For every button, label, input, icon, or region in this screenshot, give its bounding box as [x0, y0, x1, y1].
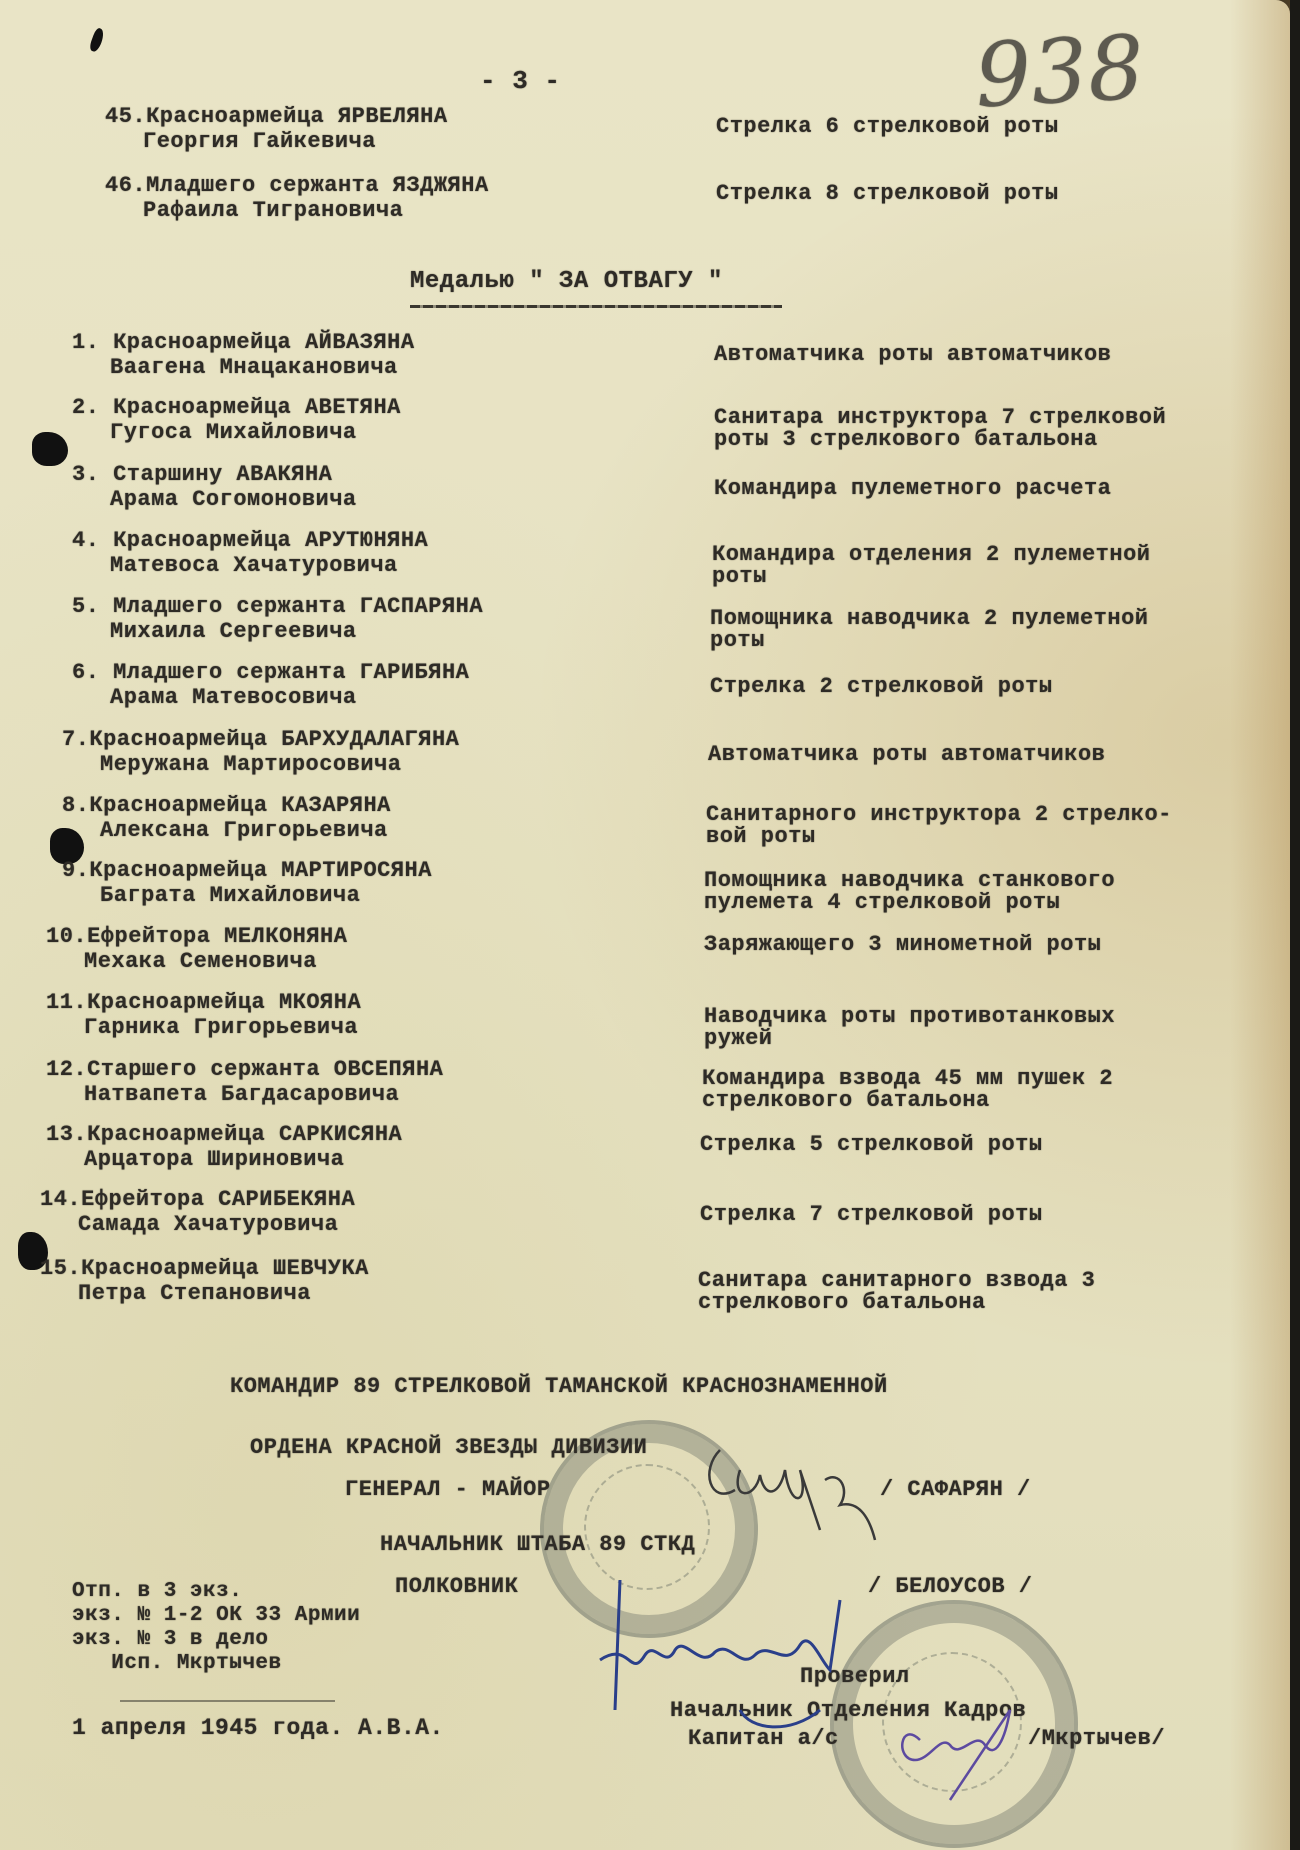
text-fragment: Рафаила Тиграновича — [105, 198, 489, 223]
commander-rank: ГЕНЕРАЛ - МАЙОР — [345, 1477, 551, 1502]
text-fragment: 4. — [72, 528, 99, 553]
text-fragment: 45. — [105, 104, 146, 129]
chief-of-staff-rank: ПОЛКОВНИК — [395, 1574, 518, 1599]
document-date: 1 апреля 1945 года. А.В.А. — [72, 1715, 444, 1741]
text-fragment: Красноармейца ЯРВЕЛЯНА — [146, 104, 447, 129]
entry-2-position: Санитара инструктора 7 стрелковой роты 3… — [714, 407, 1166, 451]
commander-signature — [700, 1410, 920, 1570]
archive-number-handwritten: 938 — [972, 16, 1147, 128]
chief-of-staff-signature — [590, 1560, 880, 1740]
entry-1-name: 1. Красноармейца АЙВАЗЯНА Ваагена Мнацак… — [72, 330, 415, 380]
text-fragment: Арама Согомоновича — [72, 487, 357, 512]
text-fragment: 2. — [72, 395, 99, 420]
text-fragment: Старшину АВАКЯНА — [113, 462, 332, 487]
entry-6-name: 6. Младшего сержанта ГАРИБЯНА Арама Мате… — [72, 660, 469, 710]
text-fragment: Самада Хачатуровича — [40, 1212, 355, 1237]
text-fragment: 7. — [62, 727, 89, 752]
entry-46-position: Стрелка 8 стрелковой роты — [716, 183, 1059, 205]
entry-13-name: 13.Красноармейца САРКИСЯНА Арцатора Шири… — [46, 1122, 402, 1172]
entry-8-position: Санитарного инструктора 2 стрелко- вой р… — [706, 804, 1172, 848]
text-fragment: Алексана Григорьевича — [62, 818, 391, 843]
text-fragment: Петра Степановича — [40, 1281, 369, 1306]
text-fragment: Старшего сержанта ОВСЕПЯНА — [87, 1057, 443, 1082]
text-fragment: 9. — [62, 858, 89, 883]
entry-12-name: 12.Старшего сержанта ОВСЕПЯНА Натвапета … — [46, 1057, 443, 1107]
entry-3-name: 3. Старшину АВАКЯНА Арама Согомоновича — [72, 462, 357, 512]
entry-45-name: 45.Красноармейца ЯРВЕЛЯНА Георгия Гайкев… — [105, 104, 448, 154]
text-fragment: Натвапета Багдасаровича — [46, 1082, 443, 1107]
entry-15-position: Санитара санитарного взвода 3 стрелковог… — [698, 1270, 1095, 1314]
checker-name: /Мкртычев/ — [1028, 1726, 1165, 1751]
entry-5-position: Помощника наводчика 2 пулеметной роты — [710, 608, 1148, 652]
commander-title-line1: КОМАНДИР 89 СТРЕЛКОВОЙ ТАМАНСКОЙ КРАСНОЗ… — [230, 1374, 888, 1399]
text-fragment: Красноармейца МКОЯНА — [87, 990, 361, 1015]
text-fragment: Гарника Григорьевича — [46, 1015, 361, 1040]
text-fragment: 14. — [40, 1187, 81, 1212]
text-fragment: 11. — [46, 990, 87, 1015]
text-fragment: 3. — [72, 462, 99, 487]
heading-underline — [410, 305, 782, 308]
entry-9-name: 9.Красноармейца МАРТИРОСЯНА Баграта Миха… — [62, 858, 432, 908]
entry-15-name: 15.Красноармейца ШЕВЧУКА Петра Степанови… — [40, 1256, 369, 1306]
text-fragment: Меружана Мартиросовича — [62, 752, 459, 777]
text-fragment: Матевоса Хачатуровича — [72, 553, 428, 578]
text-fragment: 6. — [72, 660, 99, 685]
text-fragment: 15. — [40, 1256, 81, 1281]
entry-4-position: Командира отделения 2 пулеметной роты — [712, 544, 1150, 588]
text-fragment: Арцатора Шириновича — [46, 1147, 402, 1172]
page-number: - 3 - — [480, 66, 561, 96]
entry-9-position: Помощника наводчика станкового пулемета … — [704, 870, 1115, 914]
entry-11-position: Наводчика роты противотанковых ружей — [704, 1006, 1115, 1050]
text-fragment: Красноармейца КАЗАРЯНА — [89, 793, 390, 818]
text-fragment: 46. — [105, 173, 146, 198]
text-fragment: Младшего сержанта ЯЗДЖЯНА — [146, 173, 489, 198]
entry-14-position: Стрелка 7 стрелковой роты — [700, 1204, 1043, 1226]
text-fragment: Младшего сержанта ГАРИБЯНА — [113, 660, 469, 685]
text-fragment: Ефрейтора САРИБЕКЯНА — [81, 1187, 355, 1212]
text-fragment: 12. — [46, 1057, 87, 1082]
entry-6-position: Стрелка 2 стрелковой роты — [710, 676, 1053, 698]
ink-blot — [32, 432, 68, 466]
text-fragment: 1. — [72, 330, 99, 355]
notes-rule — [120, 1700, 335, 1702]
entry-12-position: Командира взвода 45 мм пушек 2 стрелково… — [702, 1068, 1113, 1112]
scanned-document-page: - 3 - 938 45.Красноармейца ЯРВЕЛЯНА Геор… — [0, 0, 1290, 1850]
entry-5-name: 5. Младшего сержанта ГАСПАРЯНА Михаила С… — [72, 594, 483, 644]
entry-10-name: 10.Ефрейтора МЕЛКОНЯНА Мехака Семеновича — [46, 924, 347, 974]
entry-8-name: 8.Красноармейца КАЗАРЯНА Алексана Григор… — [62, 793, 391, 843]
checker-signature — [890, 1690, 1030, 1810]
paper-edge-stain — [1230, 0, 1290, 1850]
entry-10-position: Заряжающего 3 минометной роты — [704, 934, 1101, 956]
text-fragment: 5. — [72, 594, 99, 619]
text-fragment: Красноармейца АВЕТЯНА — [113, 395, 401, 420]
text-fragment: Арама Матевосовича — [72, 685, 469, 710]
text-fragment: Мехака Семеновича — [46, 949, 347, 974]
entry-13-position: Стрелка 5 стрелковой роты — [700, 1134, 1043, 1156]
text-fragment: 10. — [46, 924, 87, 949]
text-fragment: 13. — [46, 1122, 87, 1147]
text-fragment: Ефрейтора МЕЛКОНЯНА — [87, 924, 347, 949]
text-fragment: Красноармейца ШЕВЧУКА — [81, 1256, 369, 1281]
text-fragment: Баграта Михайловича — [62, 883, 432, 908]
text-fragment: Гугоса Михайловича — [72, 420, 401, 445]
entry-1-position: Автоматчика роты автоматчиков — [714, 344, 1111, 366]
entry-3-position: Командира пулеметного расчета — [714, 478, 1111, 500]
entry-2-name: 2. Красноармейца АВЕТЯНА Гугоса Михайлов… — [72, 395, 401, 445]
text-fragment: Михаила Сергеевича — [72, 619, 483, 644]
text-fragment: Георгия Гайкевича — [105, 129, 448, 154]
entry-4-name: 4. Красноармейца АРУТЮНЯНА Матевоса Хача… — [72, 528, 428, 578]
entry-11-name: 11.Красноармейца МКОЯНА Гарника Григорье… — [46, 990, 361, 1040]
text-fragment: Младшего сержанта ГАСПАРЯНА — [113, 594, 483, 619]
text-fragment: Красноармейца БАРХУДАЛАГЯНА — [89, 727, 459, 752]
commander-title-line2: ОРДЕНА КРАСНОЙ ЗВЕЗДЫ ДИВИЗИИ — [250, 1435, 647, 1460]
chief-of-staff-title: НАЧАЛЬНИК ШТАБА 89 СТКД — [380, 1532, 695, 1557]
entry-7-name: 7.Красноармейца БАРХУДАЛАГЯНА Меружана М… — [62, 727, 459, 777]
text-fragment: Красноармейца САРКИСЯНА — [87, 1122, 402, 1147]
text-fragment: Красноармейца АЙВАЗЯНА — [113, 330, 414, 355]
text-fragment: Красноармейца АРУТЮНЯНА — [113, 528, 428, 553]
entry-7-position: Автоматчика роты автоматчиков — [708, 744, 1105, 766]
chief-of-staff-name: / БЕЛОУСОВ / — [868, 1574, 1032, 1599]
text-fragment: Красноармейца МАРТИРОСЯНА — [89, 858, 432, 883]
entry-45-position: Стрелка 6 стрелковой роты — [716, 116, 1059, 138]
text-fragment: Ваагена Мнацакановича — [72, 355, 415, 380]
distribution-notes: Отп. в 3 экз. экз. № 1-2 ОК 33 Армии экз… — [72, 1580, 360, 1676]
ink-blot — [88, 27, 106, 53]
section-heading-medal-for-courage: Медалью " ЗА ОТВАГУ " — [410, 268, 723, 295]
entry-14-name: 14.Ефрейтора САРИБЕКЯНА Самада Хачатуров… — [40, 1187, 355, 1237]
entry-46-name: 46.Младшего сержанта ЯЗДЖЯНА Рафаила Тиг… — [105, 173, 489, 223]
text-fragment: 8. — [62, 793, 89, 818]
